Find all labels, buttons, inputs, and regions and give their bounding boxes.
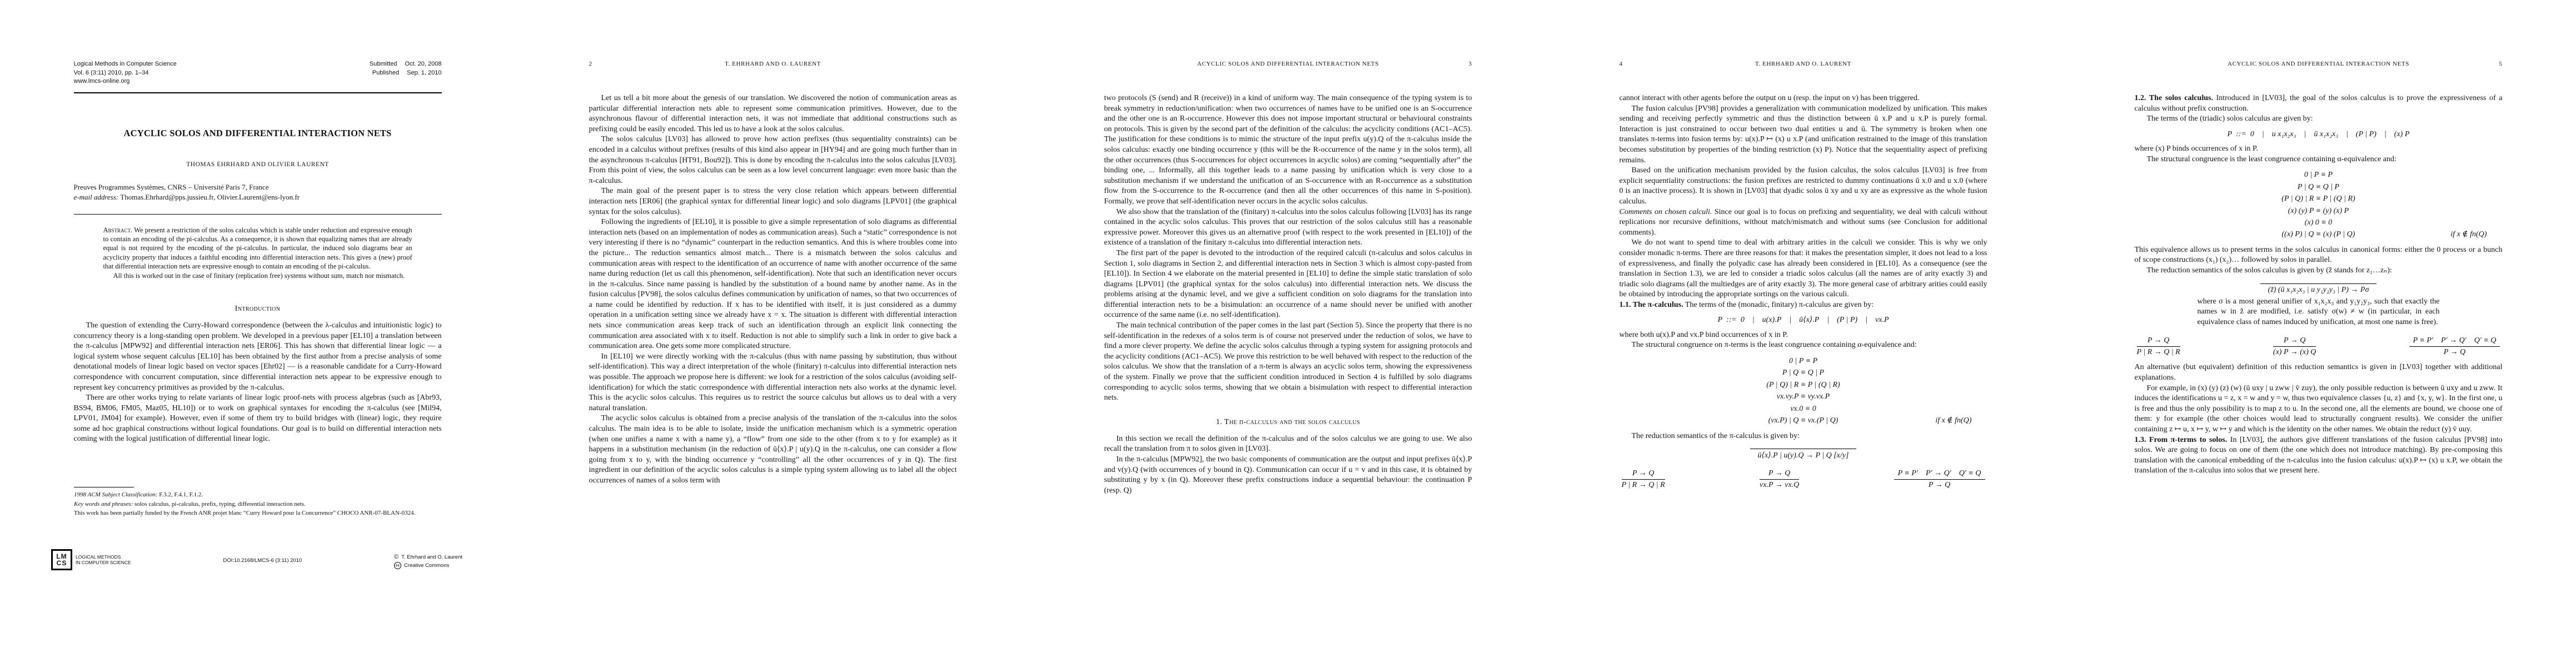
page-body: 1.2. The solos calculus. Introduced in [… (2135, 93, 2503, 476)
side-condition: if x ∉ fn(Q) (1935, 415, 1971, 426)
page-number: 4 (1620, 60, 1623, 68)
rule-conclusion: P | R → Q | R (2137, 346, 2180, 357)
section-heading-1: 1. The π-calculus and the solos calculus (1104, 418, 1472, 427)
rule-premise: P ≡ P′ P′ → Q′ Q′ ≡ Q (2409, 336, 2500, 346)
abstract-rule (74, 214, 442, 215)
journal-header: Logical Methods in Computer Science Vol.… (74, 60, 442, 86)
subsection-1-3-heading: 1.3. From π-terms to solos. (2135, 436, 2228, 444)
abstract-paragraph-1: Abstract. We present a restriction of th… (103, 226, 412, 271)
terms-intro: The terms of the (triadic) solos calculu… (2135, 114, 2503, 125)
lmcs-logo-bottom: CS (57, 560, 67, 566)
paragraph: In this section we recall the definition… (1104, 434, 1472, 455)
page-4: 4 T. EHRHARD AND O. LAURENT cannot inter… (1546, 0, 2061, 667)
affiliation: Preuves Programmes Systèmes, CNRS – Univ… (74, 182, 442, 192)
rule-premise: P → Q (1760, 469, 1799, 479)
paragraph: The first part of the paper is devoted t… (1104, 248, 1472, 321)
footnote-keywords: Key words and phrases: solos calculus, p… (74, 500, 442, 509)
journal-info: Logical Methods in Computer Science Vol.… (74, 60, 177, 86)
creative-commons-text: Creative Commons (404, 561, 449, 570)
inference-rules: P → QP | R → Q | R P → Qνx.P → νx.Q P ≡ … (1622, 469, 1985, 490)
congruence-rule: P | Q ≡ Q | P (1620, 367, 1987, 378)
inference-rule-nu: P → Qνx.P → νx.Q (1760, 469, 1799, 490)
footnote-classification-text: F.3.2, F.4.1, F.1.2. (159, 491, 203, 498)
intro-paragraph-1: The question of extending the Curry-Howa… (74, 321, 442, 393)
copyright-row: ©T. Ehrhard and O. Laurent (394, 553, 462, 561)
rule-conclusion: P → Q (2409, 346, 2500, 357)
congruence-rule-with-condition: ((x) P) | Q ≡ (x) (P | Q)if x ∉ fn(Q) (2135, 229, 2503, 240)
page-body: cannot interact with other agents before… (1620, 93, 1987, 490)
footnote-rule (74, 487, 134, 487)
submitted-date: Oct. 20, 2008 (405, 60, 441, 69)
footnote-classification: 1998 ACM Subject Classification: F.3.2, … (74, 490, 442, 500)
published-date: Sep. 1, 2010 (407, 69, 441, 78)
creative-commons-row: ccCreative Commons (394, 561, 462, 570)
subsection-1-3: 1.3. From π-terms to solos. In [LV03], t… (2135, 435, 2503, 476)
inference-rule-scope: P → Q(x) P → (x) Q (2273, 336, 2316, 357)
intro-paragraph-2: There are other works trying to relate v… (74, 393, 442, 445)
unifier-side-note: where σ is a most general unifier of x₁x… (2198, 297, 2440, 328)
lmcs-logo-text: LOGICAL METHODS IN COMPUTER SCIENCE (76, 554, 131, 566)
congruence-rule: ((x) P) | Q ≡ (x) (P | Q) (2282, 230, 2355, 238)
inference-rule-par: P → QP | R → Q | R (2137, 336, 2180, 357)
rule-conclusion: P → Q (1894, 479, 1985, 490)
lmcs-logo-text-line2: IN COMPUTER SCIENCE (76, 560, 131, 566)
paper-title: ACYCLIC SOLOS AND DIFFERENTIAL INTERACTI… (74, 128, 442, 139)
reduction-intro: The reduction semantics of the π-calculu… (1620, 431, 1987, 442)
solos-grammar-formula: P ::= 0 | u x₁x₂x₃ | ū x₁x₂x₃ | (P | P) … (2135, 129, 2503, 140)
page-1: Logical Methods in Computer Science Vol.… (0, 0, 515, 667)
paragraph: Following the ingredients of [EL10], it … (589, 217, 957, 352)
congruence-rule: (x) 0 ≡ 0 (2135, 217, 2503, 228)
journal-volume: Vol. 6 (3:11) 2010, pp. 1–34 (74, 69, 177, 78)
reduction-axiom-wrap: ū⟨x⟩.P | u(y).Q → P | Q [x/y] (1620, 449, 1987, 460)
inference-rule-par: P → QP | R → Q | R (1622, 469, 1665, 490)
comments-lead: Comments on chosen calculi. (1620, 208, 1712, 216)
abstract-text: We present a restriction of the solos ca… (103, 226, 412, 271)
journal-name: Logical Methods in Computer Science (74, 60, 177, 69)
congruence-intro: The structural congruence is the least c… (2135, 155, 2503, 165)
binding-note: where both u(x).P and νx.P bind occurren… (1620, 330, 1987, 341)
running-head: 2 T. EHRHARD AND O. LAURENT (589, 60, 957, 68)
page-number: 3 (1468, 60, 1472, 68)
publisher-footer: LM CS LOGICAL METHODS IN COMPUTER SCIENC… (51, 549, 462, 570)
congruence-rule: (νx.P) | Q ≡ νx.(P | Q) (1768, 416, 1838, 425)
congruence-rules: 0 | P ≡ P P | Q ≡ Q | P (P | Q) | R ≡ P … (1620, 356, 1987, 426)
congruence-rule-with-condition: (νx.P) | Q ≡ νx.(P | Q)if x ∉ fn(Q) (1620, 415, 1987, 426)
creative-commons-icon: cc (394, 562, 401, 569)
footnote-block: 1998 ACM Subject Classification: F.3.2, … (74, 487, 442, 518)
running-head-title: ACYCLIC SOLOS AND DIFFERENTIAL INTERACTI… (1197, 61, 1379, 67)
page-number: 5 (2499, 60, 2502, 68)
footnote-keywords-text: solos calculus, pi-calculus, prefix, typ… (134, 501, 306, 507)
running-head: ACYCLIC SOLOS AND DIFFERENTIAL INTERACTI… (1104, 60, 1472, 68)
lmcs-logo-group: LM CS LOGICAL METHODS IN COMPUTER SCIENC… (51, 549, 131, 570)
rule-conclusion: νx.P → νx.Q (1760, 479, 1799, 490)
reduction-axiom: (z̃) (ū x₁x₂x₃ | u y₁y₂y₃ | P) → Pσ (2260, 283, 2377, 295)
page-number: 2 (589, 60, 592, 68)
rule-premise: P → Q (2273, 336, 2316, 346)
binding-note: where (x) P binds occurrences of x in P. (2135, 144, 2503, 155)
copyright-icon: © (394, 554, 398, 560)
footnote-keywords-label: Key words and phrases: (74, 501, 133, 507)
subsection-1-1-text: The terms of the (monadic, finitary) π-c… (1685, 301, 1874, 309)
rights-block: ©T. Ehrhard and O. Laurent ccCreative Co… (394, 553, 462, 570)
email-addresses: Thomas.Ehrhard@pps.jussieu.fr, Olivier.L… (120, 193, 300, 201)
rule-premise: P → Q (1622, 469, 1665, 479)
journal-url: www.lmcs-online.org (74, 77, 177, 86)
running-head-title: T. EHRHARD AND O. LAURENT (1755, 61, 1851, 67)
paragraph: Based on the unification mechanism provi… (1620, 166, 1987, 207)
running-head-title: ACYCLIC SOLOS AND DIFFERENTIAL INTERACTI… (2228, 61, 2409, 67)
rule-conclusion: P | R → Q | R (1622, 479, 1665, 490)
paragraph: The solos calculus [LV03] has allowed to… (589, 135, 957, 186)
inference-rules: P → QP | R → Q | R P → Q(x) P → (x) Q P … (2137, 336, 2500, 357)
published-row: Published Sep. 1, 2010 (370, 69, 442, 78)
side-condition: if x ∉ fn(Q) (2450, 229, 2487, 240)
paragraph: In the π-calculus [MPW92], the two basic… (1104, 455, 1472, 496)
submission-dates: Submitted Oct. 20, 2008 Published Sep. 1… (370, 60, 442, 86)
authors-line: THOMAS EHRHARD AND OLIVIER LAURENT (74, 161, 442, 168)
congruence-rule: νx.0 ≡ 0 (1620, 404, 1987, 414)
paragraph: two protocols (S (send) and R (receive))… (1104, 93, 1472, 207)
running-head: ACYCLIC SOLOS AND DIFFERENTIAL INTERACTI… (2135, 60, 2503, 68)
abstract-paragraph-2: All this is worked out in the case of fi… (103, 271, 412, 280)
reduction-axiom-wrap: (z̃) (ū x₁x₂x₃ | u y₁y₂y₃ | P) → Pσ (2135, 283, 2503, 295)
running-head: 4 T. EHRHARD AND O. LAURENT (1620, 60, 1987, 68)
paragraph: cannot interact with other agents before… (1620, 93, 1987, 104)
rule-conclusion: (x) P → (x) Q (2273, 346, 2316, 357)
lmcs-logo-icon: LM CS (51, 549, 72, 570)
lmcs-logo-text-line1: LOGICAL METHODS (76, 554, 131, 560)
abstract-block: Abstract. We present a restriction of th… (103, 226, 412, 280)
pi-grammar-formula: P ::= 0 | u(x).P | ū⟨x⟩.P | (P | P) | νx… (1620, 315, 1987, 325)
email-label: e-mail address: (74, 193, 119, 201)
congruence-intro: The structural congruence on π-terms is … (1620, 340, 1987, 351)
alternative-paragraph: An alternative (but equivalent) definiti… (2135, 362, 2503, 383)
submitted-row: Submitted Oct. 20, 2008 (370, 60, 442, 69)
page-body: two protocols (S (send) and R (receive))… (1104, 93, 1472, 496)
inference-rule-congruence: P ≡ P′ P′ → Q′ Q′ ≡ QP → Q (1894, 469, 1985, 490)
header-rule (74, 92, 442, 93)
congruence-rule: (x) (y) P ≡ (y) (x) P (2135, 206, 2503, 216)
email-line: e-mail address: Thomas.Ehrhard@pps.jussi… (74, 192, 442, 202)
reduction-intro: The reduction semantics of the solos cal… (2135, 266, 2503, 276)
paragraph: We also show that the translation of the… (1104, 207, 1472, 248)
paragraph: We do not want to spend time to deal wit… (1620, 238, 1987, 300)
paragraph: The fusion calculus [PV98] provides a ge… (1620, 104, 1987, 166)
paragraph: In [EL10] we were directly working with … (589, 352, 957, 414)
reduction-axiom: ū⟨x⟩.P | u(y).Q → P | Q [x/y] (1750, 449, 1857, 460)
subsection-1-2-heading: 1.2. The solos calculus. (2135, 94, 2213, 102)
paragraph: The main technical contribution of the p… (1104, 321, 1472, 404)
abstract-label: Abstract. (103, 226, 133, 234)
canonical-forms-paragraph: This equivalence allows us to present te… (2135, 245, 2503, 266)
page-3: ACYCLIC SOLOS AND DIFFERENTIAL INTERACTI… (1030, 0, 1546, 667)
example-paragraph: For example, in (x) (y) (z) (w) (ū uxy |… (2135, 384, 2503, 435)
page-5: ACYCLIC SOLOS AND DIFFERENTIAL INTERACTI… (2061, 0, 2576, 667)
inference-rule-congruence: P ≡ P′ P′ → Q′ Q′ ≡ QP → Q (2409, 336, 2500, 357)
comments-paragraph: Comments on chosen calculi. Since our go… (1620, 207, 1987, 238)
footnote-funding: This work has been partially funded by t… (74, 509, 442, 518)
congruence-rule: 0 | P ≡ P (1620, 356, 1987, 366)
submitted-label: Submitted (370, 60, 397, 69)
congruence-rule: P | Q ≡ Q | P (2135, 182, 2503, 192)
paper-spread: Logical Methods in Computer Science Vol.… (0, 0, 2576, 667)
rule-premise: P → Q (2137, 336, 2180, 346)
copyright-text: T. Ehrhard and O. Laurent (401, 553, 462, 561)
paragraph: The acyclic solos calculus is obtained f… (589, 414, 957, 486)
rule-premise: P ≡ P′ P′ → Q′ Q′ ≡ Q (1894, 469, 1985, 479)
congruence-rules: 0 | P ≡ P P | Q ≡ Q | P (P | Q) | R ≡ P … (2135, 170, 2503, 240)
paragraph: Let us tell a bit more about the genesis… (589, 93, 957, 135)
subsection-1-2: 1.2. The solos calculus. Introduced in [… (2135, 93, 2503, 114)
paragraph: The main goal of the present paper is to… (589, 186, 957, 217)
footnote-classification-label: 1998 ACM Subject Classification: (74, 491, 157, 498)
congruence-rule: (P | Q) | R ≡ P | (Q | R) (2135, 193, 2503, 204)
published-label: Published (372, 69, 399, 78)
subsection-1-1-heading: 1.1. The π-calculus. (1620, 301, 1683, 309)
page-body: Let us tell a bit more about the genesis… (589, 93, 957, 486)
section-heading-introduction: Introduction (74, 305, 442, 313)
congruence-rule: νx.νy.P ≡ νy.νx.P (1620, 391, 1987, 402)
congruence-rule: 0 | P ≡ P (2135, 170, 2503, 180)
doi-line: DOI:10.2168/LMCS-6 (3:11) 2010 (131, 558, 394, 564)
congruence-rule: (P | Q) | R ≡ P | (Q | R) (1620, 380, 1987, 390)
page-2: 2 T. EHRHARD AND O. LAURENT Let us tell … (515, 0, 1030, 667)
running-head-title: T. EHRHARD AND O. LAURENT (725, 61, 821, 67)
subsection-1-1: 1.1. The π-calculus. The terms of the (m… (1620, 300, 1987, 311)
